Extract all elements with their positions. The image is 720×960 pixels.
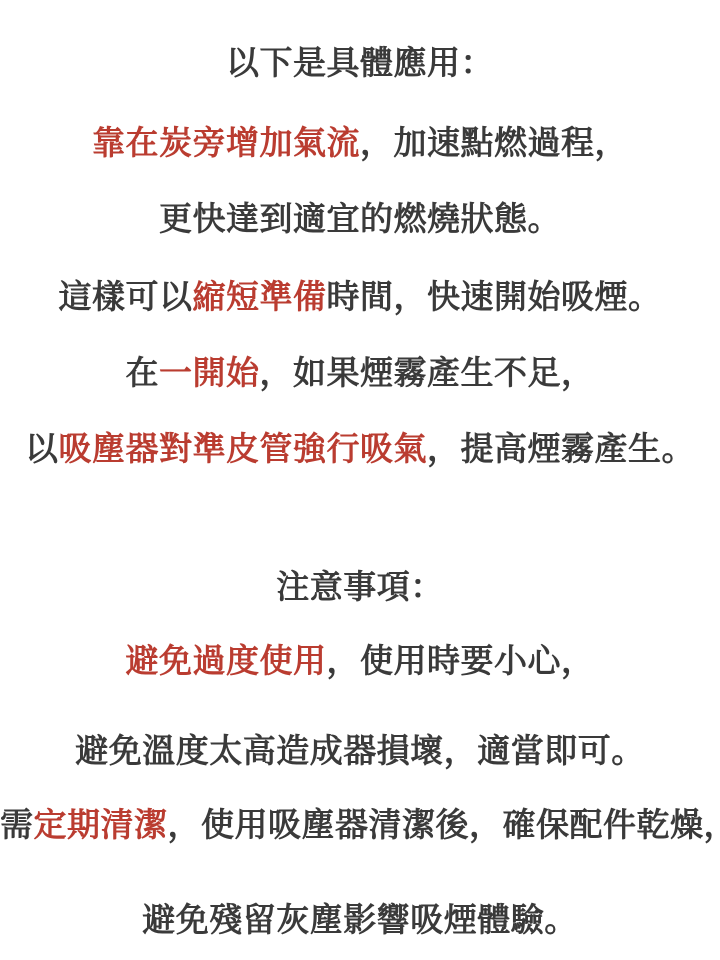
text-segment: ，使用時要小心， <box>327 642 595 679</box>
para-regular-cleaning: 需定期清潔，使用吸塵器清潔後，確保配件乾燥， <box>0 806 720 844</box>
instruction-page: 以下是具體應用： 靠在炭旁增加氣流，加速點燃過程， 更快達到適宜的燃燒狀態。 這… <box>0 0 720 960</box>
text-segment: 時間，快速開始吸煙。 <box>327 278 662 315</box>
highlight-segment: 吸塵器對準皮管強行吸氣 <box>59 430 428 467</box>
para-avoid-overheat: 避免溫度太高造成器損壞，適當即可。 <box>0 732 720 770</box>
text-segment: 以 <box>25 430 59 467</box>
text-segment: 避免殘留灰塵影響吸煙體驗。 <box>142 901 578 938</box>
text-segment: 在 <box>126 354 160 391</box>
text-segment: 注意事項： <box>276 568 444 605</box>
text-segment: ，加速點燃過程， <box>360 124 628 161</box>
text-segment: 需 <box>0 806 34 843</box>
highlight-segment: 靠在炭旁增加氣流 <box>92 124 360 161</box>
highlight-segment: 縮短準備 <box>193 278 327 315</box>
para-vacuum-suction: 以吸塵器對準皮管強行吸氣，提高煙霧產生。 <box>0 430 720 468</box>
para-airflow-ignite: 靠在炭旁增加氣流，加速點燃過程， <box>0 124 720 162</box>
highlight-segment: 避免過度使用 <box>126 642 327 679</box>
para-at-start: 在一開始，如果煙霧產生不足， <box>0 354 720 392</box>
para-avoid-overuse: 避免過度使用，使用時要小心， <box>0 642 720 680</box>
text-segment: 以下是具體應用： <box>226 44 494 81</box>
text-segment: ，如果煙霧產生不足， <box>260 354 595 391</box>
para-shorten-prep: 這樣可以縮短準備時間，快速開始吸煙。 <box>0 278 720 316</box>
para-avoid-dust: 避免殘留灰塵影響吸煙體驗。 <box>0 901 720 939</box>
text-segment: 這樣可以 <box>59 278 193 315</box>
text-segment: 避免溫度太高造成器損壞，適當即可。 <box>75 732 645 769</box>
text-segment: ，使用吸塵器清潔後，確保配件乾燥， <box>168 806 720 843</box>
text-segment: ，提高煙霧產生。 <box>427 430 695 467</box>
highlight-segment: 定期清潔 <box>34 806 168 843</box>
highlight-segment: 一開始 <box>159 354 260 391</box>
section-heading-applications: 以下是具體應用： <box>0 44 720 82</box>
para-burn-state: 更快達到適宜的燃燒狀態。 <box>0 200 720 238</box>
text-segment: 更快達到適宜的燃燒狀態。 <box>159 200 561 237</box>
section-heading-notes: 注意事項： <box>0 568 720 606</box>
